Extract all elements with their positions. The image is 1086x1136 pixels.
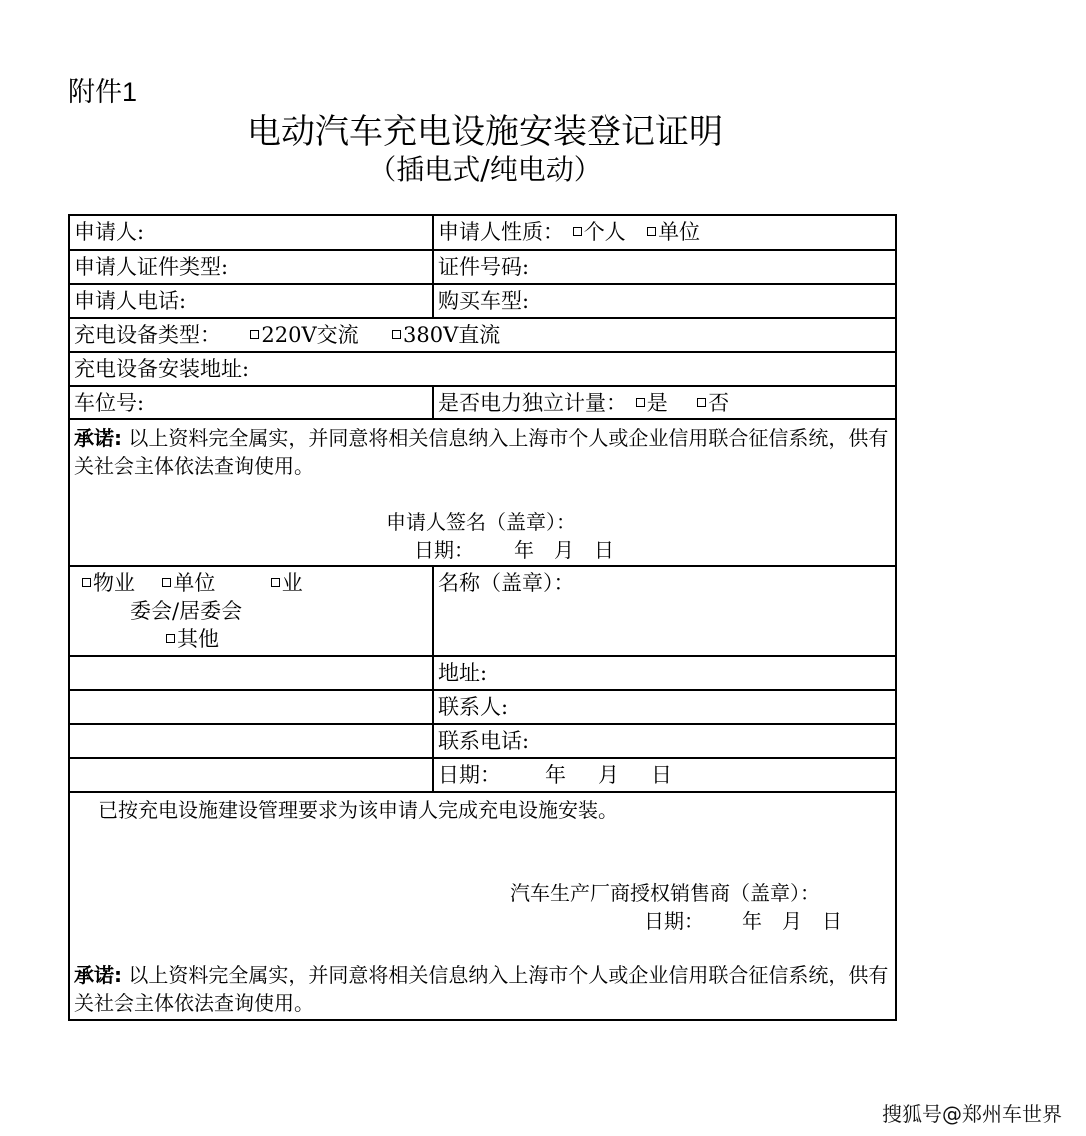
option-property-mgmt: 物业 xyxy=(93,571,135,595)
install-address-label: 充电设备安装地址: xyxy=(74,357,249,381)
year-label: 年 xyxy=(514,538,534,562)
id-type-label: 申请人证件类型: xyxy=(74,255,228,279)
parking-space-field[interactable]: 车位号: xyxy=(70,387,434,418)
contact-person-field[interactable]: 联系人: xyxy=(434,691,895,723)
applicant-label: 申请人: xyxy=(74,220,144,244)
form-row-contact: 联系人: xyxy=(70,691,895,725)
applicant-signature-label: 申请人签名（盖章）： xyxy=(386,510,576,534)
checkbox-220v-ac[interactable] xyxy=(250,330,259,339)
property-type-field: 物业 单位 业 委会/居委会 其他 xyxy=(70,567,434,655)
commitment-1-date[interactable]: 日期：年月日 xyxy=(414,536,614,564)
checkbox-committee[interactable] xyxy=(271,578,280,587)
contact-person-label: 联系人: xyxy=(438,695,508,719)
installation-statement: 已按充电设施建设管理要求为该申请人完成充电设施安装。 xyxy=(98,796,891,824)
charger-type-field: 充电设备类型： 220V交流 380V直流 xyxy=(70,319,895,351)
document-subtitle: （插电式/纯电动） xyxy=(0,148,970,188)
day-label: 日 xyxy=(594,538,614,562)
id-number-field[interactable]: 证件号码: xyxy=(434,251,895,283)
commitment-2-text: 承诺: 以上资料完全属实，并同意将相关信息纳入上海市个人或企业信用联合征信系统，… xyxy=(74,961,891,1017)
option-380v-dc: 380V直流 xyxy=(403,323,500,347)
option-individual: 个人 xyxy=(584,220,626,244)
form-row-phone: 申请人电话: 购买车型: xyxy=(70,285,895,319)
date-label: 日期： xyxy=(644,909,704,933)
property-name-label: 名称（盖章）： xyxy=(438,571,575,595)
dealer-date[interactable]: 日期：年月日 xyxy=(644,907,842,935)
watermark: 搜狐号@郑州车世界 xyxy=(882,1098,1062,1127)
parking-space-label: 车位号: xyxy=(74,391,144,415)
form-row-commitment-1: 承诺: 以上资料完全属实，并同意将相关信息纳入上海市个人或企业信用联合征信系统，… xyxy=(70,420,895,567)
date-label: 日期： xyxy=(414,538,474,562)
property-options-line-3: 其他 xyxy=(74,625,428,653)
option-committee-part1: 业 xyxy=(282,571,303,595)
property-name-field[interactable]: 名称（盖章）： xyxy=(434,567,895,655)
option-unit: 单位 xyxy=(173,571,215,595)
metering-field: 是否电力独立计量： 是 否 xyxy=(434,387,895,418)
form-row-install-address: 充电设备安装地址: xyxy=(70,353,895,387)
blank-cell xyxy=(70,759,434,791)
contact-phone-field[interactable]: 联系电话: xyxy=(434,725,895,757)
applicant-field[interactable]: 申请人: xyxy=(70,216,434,249)
blank-cell xyxy=(70,657,434,689)
checkbox-380v-dc[interactable] xyxy=(392,330,401,339)
checkbox-unit[interactable] xyxy=(162,578,171,587)
checkbox-individual[interactable] xyxy=(573,227,582,236)
property-address-label: 地址: xyxy=(438,661,487,685)
property-options-line-1: 物业 单位 业 xyxy=(74,569,428,597)
property-date-field[interactable]: 日期：年月日 xyxy=(434,759,895,791)
checkbox-yes[interactable] xyxy=(636,398,645,407)
blank-cell xyxy=(70,725,434,757)
form-row-charger-type: 充电设备类型： 220V交流 380V直流 xyxy=(70,319,895,353)
form-row-property: 物业 单位 业 委会/居委会 其他 名称（盖章）： xyxy=(70,567,895,657)
form-row-contact-phone: 联系电话: xyxy=(70,725,895,759)
checkbox-no[interactable] xyxy=(697,398,706,407)
option-no: 否 xyxy=(708,391,729,415)
charger-type-label: 充电设备类型： xyxy=(74,323,221,347)
year-label: 年 xyxy=(545,763,566,787)
form-row-property-date: 日期：年月日 xyxy=(70,759,895,793)
property-options-line-2: 委会/居委会 xyxy=(74,597,428,625)
contact-phone-label: 联系电话: xyxy=(438,729,529,753)
phone-field[interactable]: 申请人电话: xyxy=(70,285,434,317)
option-organization: 单位 xyxy=(658,220,700,244)
checkbox-other[interactable] xyxy=(166,634,175,643)
dealer-signature-label: 汽车生产厂商授权销售商（盖章）： xyxy=(510,881,820,905)
commitment-1-prefix: 承诺: xyxy=(74,426,122,450)
commitment-2-body: 以上资料完全属实，并同意将相关信息纳入上海市个人或企业信用联合征信系统，供有关社… xyxy=(74,963,888,1015)
commitment-1-text: 承诺: 以上资料完全属实，并同意将相关信息纳入上海市个人或企业信用联合征信系统，… xyxy=(74,424,891,480)
checkbox-property-mgmt[interactable] xyxy=(82,578,91,587)
form-row-dealer: 已按充电设施建设管理要求为该申请人完成充电设施安装。 汽车生产厂商授权销售商（盖… xyxy=(70,793,895,1019)
day-label: 日 xyxy=(822,909,842,933)
vehicle-model-field[interactable]: 购买车型: xyxy=(434,285,895,317)
id-number-label: 证件号码: xyxy=(438,255,529,279)
id-type-field[interactable]: 申请人证件类型: xyxy=(70,251,434,283)
document-title: 电动汽车充电设施安装登记证明 xyxy=(0,104,970,153)
day-label: 日 xyxy=(651,763,672,787)
dealer-signature[interactable]: 汽车生产厂商授权销售商（盖章）： xyxy=(510,879,820,907)
option-220v-ac: 220V交流 xyxy=(261,323,358,347)
registration-form: 申请人: 申请人性质： 个人 单位 申请人证件类型: 证件号码: 申请人电话: … xyxy=(68,214,897,1021)
commitment-1-block: 承诺: 以上资料完全属实，并同意将相关信息纳入上海市个人或企业信用联合征信系统，… xyxy=(70,420,895,565)
commitment-1-body: 以上资料完全属实，并同意将相关信息纳入上海市个人或企业信用联合征信系统，供有关社… xyxy=(74,426,888,478)
year-label: 年 xyxy=(742,909,762,933)
property-address-field[interactable]: 地址: xyxy=(434,657,895,689)
phone-label: 申请人电话: xyxy=(74,289,186,313)
vehicle-model-label: 购买车型: xyxy=(438,289,529,313)
applicant-signature[interactable]: 申请人签名（盖章）： xyxy=(386,508,576,536)
option-yes: 是 xyxy=(647,391,668,415)
option-other: 其他 xyxy=(177,627,219,651)
form-row-parking: 车位号: 是否电力独立计量： 是 否 xyxy=(70,387,895,420)
form-row-id: 申请人证件类型: 证件号码: xyxy=(70,251,895,285)
install-address-field[interactable]: 充电设备安装地址: xyxy=(70,353,895,385)
month-label: 月 xyxy=(598,763,619,787)
form-row-property-address: 地址: xyxy=(70,657,895,691)
month-label: 月 xyxy=(554,538,574,562)
dealer-block: 已按充电设施建设管理要求为该申请人完成充电设施安装。 汽车生产厂商授权销售商（盖… xyxy=(70,793,895,1019)
applicant-nature-field: 申请人性质： 个人 单位 xyxy=(434,216,895,249)
checkbox-organization[interactable] xyxy=(647,227,656,236)
date-label: 日期： xyxy=(438,763,501,787)
form-row-applicant: 申请人: 申请人性质： 个人 单位 xyxy=(70,216,895,251)
blank-cell xyxy=(70,691,434,723)
commitment-2-prefix: 承诺: xyxy=(74,963,122,987)
applicant-nature-label: 申请人性质： xyxy=(438,220,564,244)
month-label: 月 xyxy=(782,909,802,933)
metering-label: 是否电力独立计量： xyxy=(438,391,627,415)
